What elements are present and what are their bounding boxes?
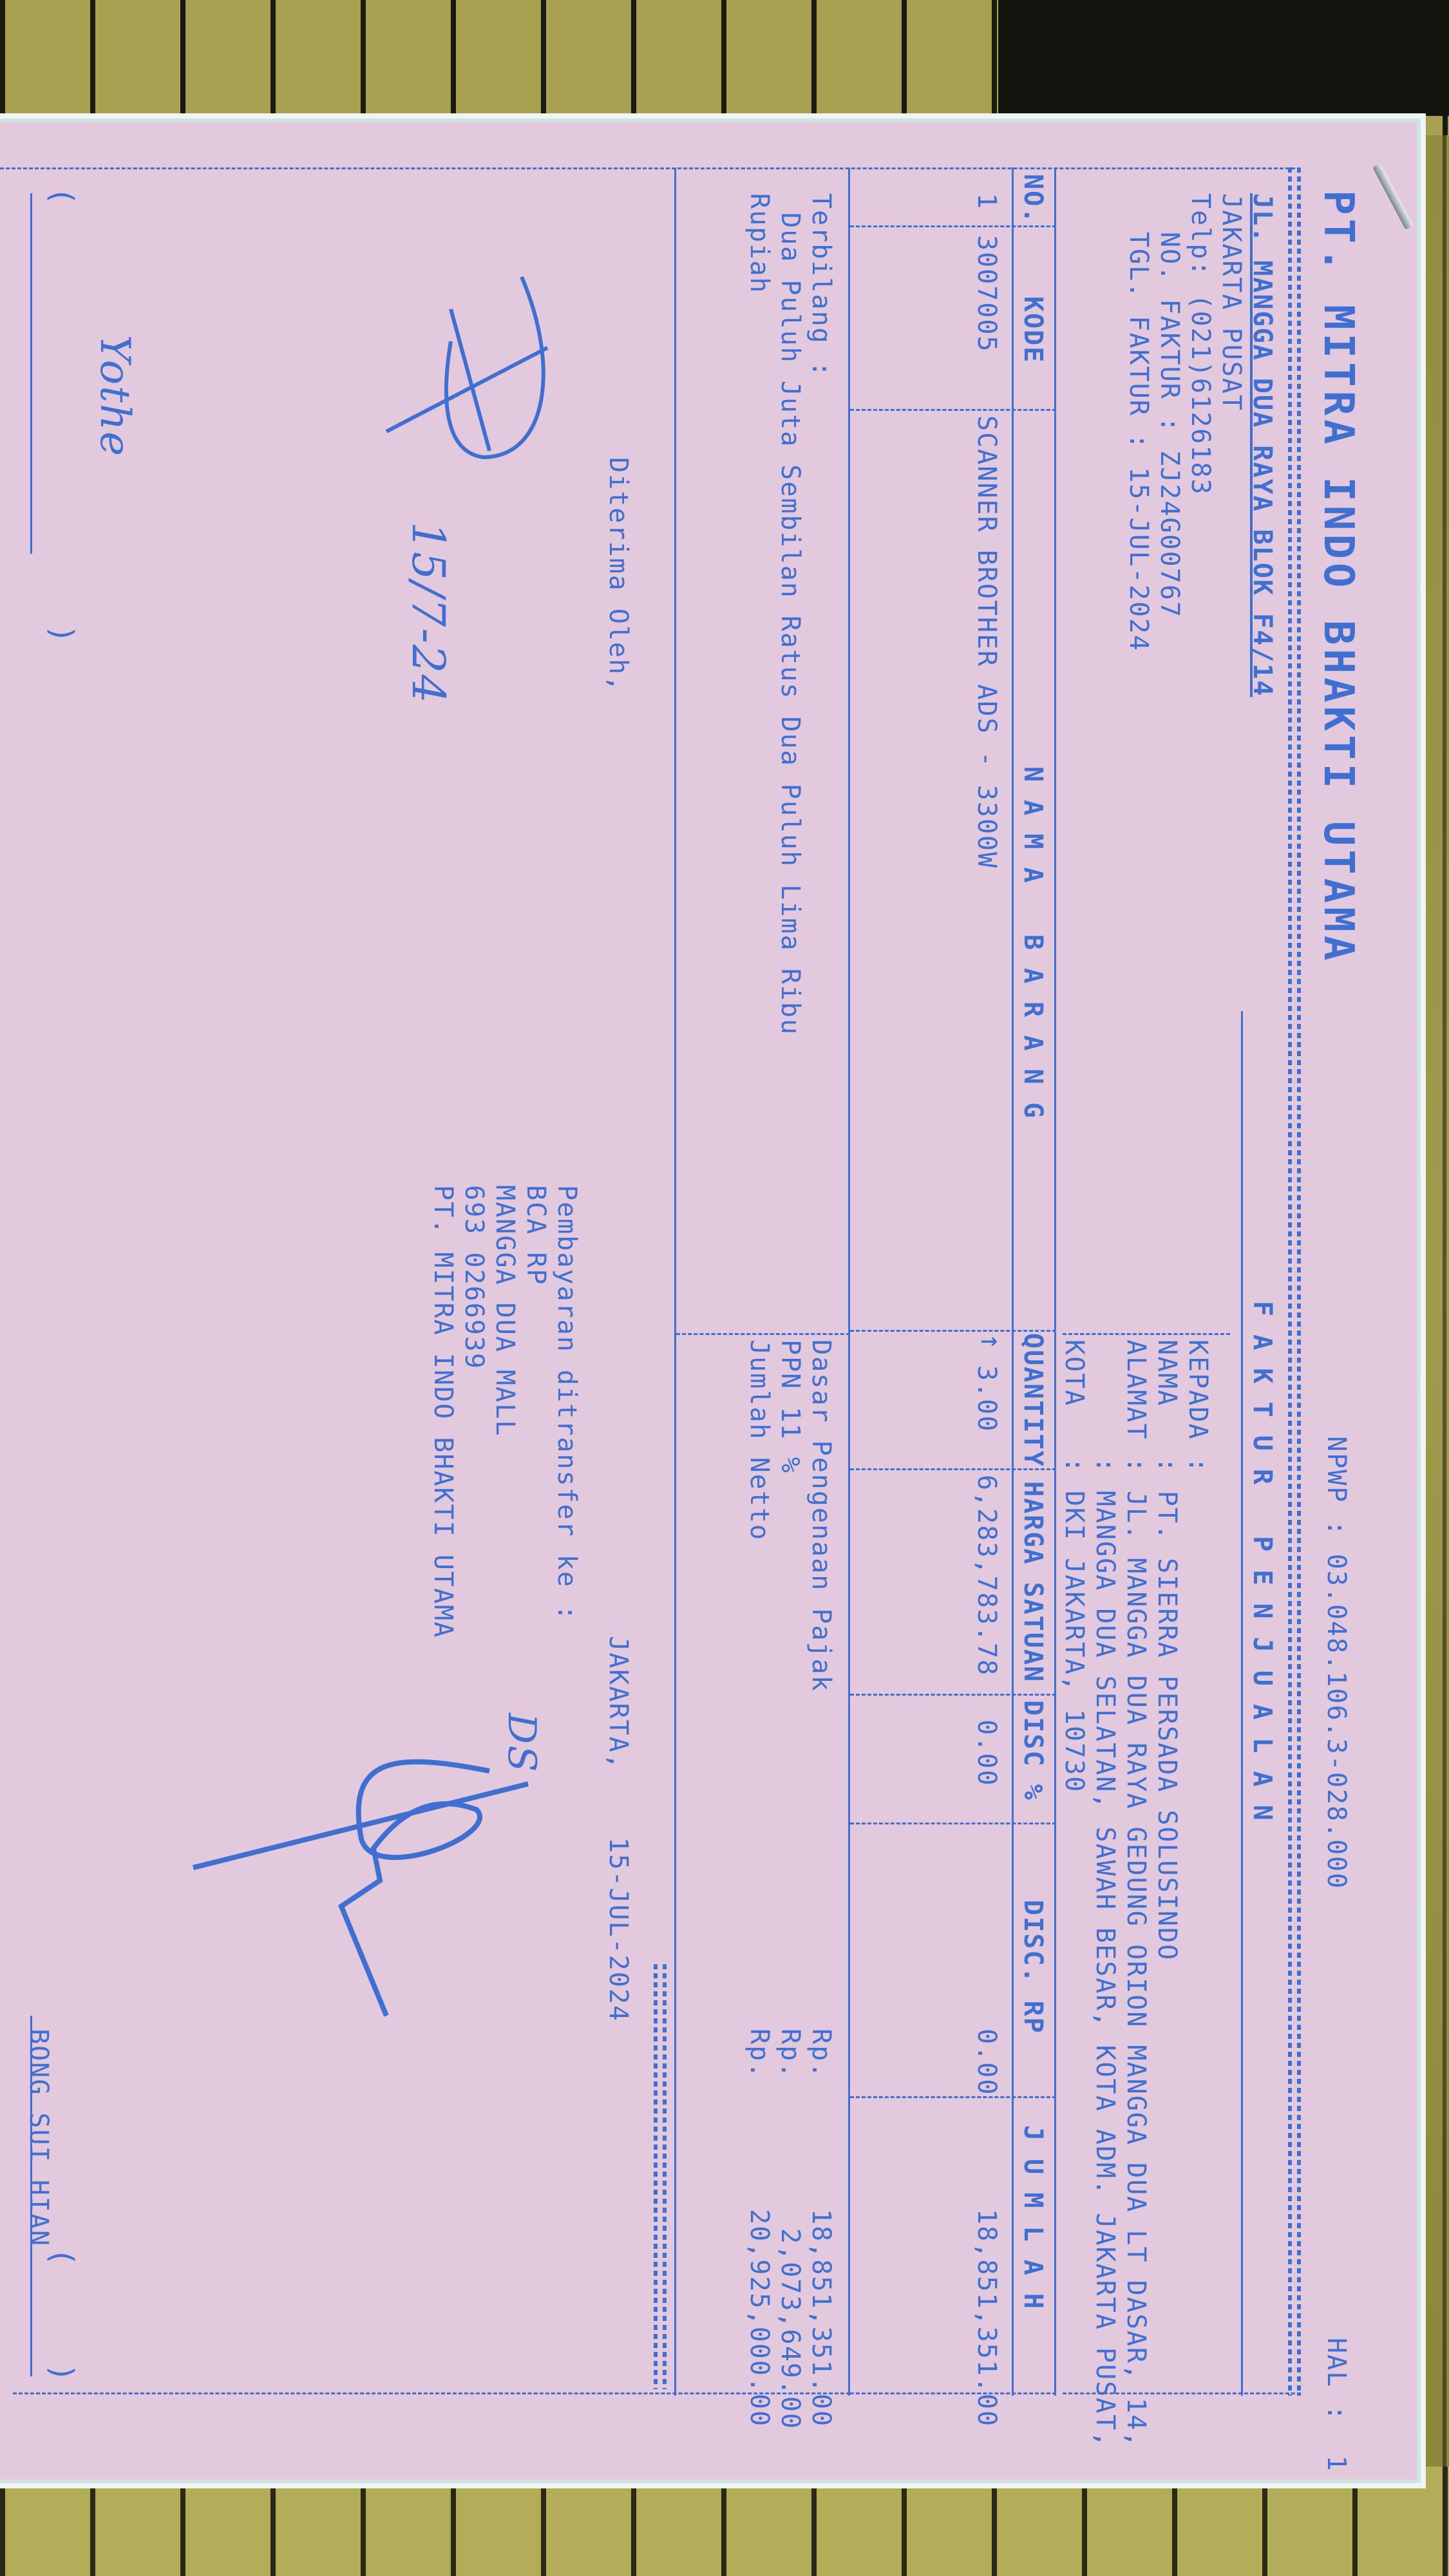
- title-underline: [1241, 1011, 1243, 2396]
- nama-value: PT. SIERRA PERSADA SOLUSINDO: [1152, 1491, 1182, 1961]
- kepada-label: KEPADA :: [1185, 1340, 1211, 1474]
- ppn-currency: Rp.: [777, 2029, 803, 2079]
- alamat-label: ALAMAT: [1121, 1340, 1151, 1441]
- col-divider: [850, 1823, 1056, 1824]
- alamat-line2: MANGGA DUA SELATAN, SAWAH BESAR, KOTA AD…: [1090, 1491, 1120, 2448]
- issuer-paren-open: (: [46, 2248, 77, 2268]
- tgl-faktur-value: 15-JUL-2024: [1124, 467, 1153, 652]
- receiver-sign-line: [30, 193, 32, 554]
- recipient-alamat: ALAMAT : JL. MANGGA DUA RAYA GEDUNG ORIO…: [1123, 1340, 1149, 2448]
- row-harga-satuan: 6,283,783.78: [974, 1475, 999, 1676]
- alamat-line1: JL. MANGGA DUA RAYA GEDUNG ORION MANGGA …: [1121, 1491, 1151, 2448]
- row-nama-barang: SCANNER BROTHER ADS - 3300W: [974, 415, 999, 869]
- netto-currency: Rp.: [746, 2029, 772, 2079]
- page-number: HAL : 1: [1323, 2338, 1349, 2472]
- row-kode: 3007005: [974, 235, 999, 353]
- page-value: 1: [1321, 2456, 1351, 2472]
- row-disc-pct: 0.00: [974, 1719, 999, 1786]
- header-double-rule: [1288, 167, 1301, 2396]
- place-date: JAKARTA, 15-JUL-2024: [605, 1636, 631, 2022]
- row-disc-rp: 0.00: [974, 2029, 999, 2096]
- document-title: F A K T U R P E N J U A L A N: [1249, 1301, 1275, 1822]
- table-top-rule: [1054, 167, 1056, 2396]
- left-border: [0, 167, 1301, 169]
- col-divider: [850, 2096, 1056, 2098]
- payment-line2: BCA RP: [523, 1185, 549, 1286]
- no-faktur: NO. FAKTUR : ZJ24G00767: [1157, 232, 1182, 618]
- col-no: NO.: [1020, 174, 1046, 224]
- right-border-lower: [13, 2392, 850, 2394]
- col-jumlah: J U M L A H: [1020, 2125, 1046, 2310]
- col-harga-satuan: HARGA SATUAN: [1020, 1481, 1046, 1683]
- col-divider: [850, 1694, 1056, 1696]
- payment-line1: Pembayaran ditransfer ke :: [554, 1185, 580, 1622]
- tgl-faktur-label: TGL. FAKTUR: [1124, 232, 1153, 417]
- handwritten-name: Yothe: [94, 335, 135, 457]
- company-name: PT. MITRA INDO BHAKTI UTAMA: [1318, 190, 1359, 964]
- no-faktur-label: NO. FAKTUR: [1155, 232, 1184, 400]
- summary-bottom-rule: [674, 167, 676, 2396]
- dpp-label: Dasar Pengenaan Pajak: [808, 1340, 834, 1692]
- receiver-paren-open: (: [46, 187, 77, 207]
- invoice-document: PT. MITRA INDO BHAKTI UTAMA NPWP : 03.04…: [0, 122, 1417, 2479]
- summary-divider: [676, 1333, 850, 1335]
- company-city: JAKARTA PUSAT: [1218, 193, 1244, 412]
- npwp-label: NPWP: [1321, 1436, 1351, 1503]
- row-no: 1: [974, 193, 999, 210]
- recipient-divider: [1063, 1333, 1230, 1335]
- payment-line4: 693 0266939: [461, 1185, 487, 1370]
- right-border: [1063, 2392, 1301, 2394]
- total-double-rule: [654, 1964, 667, 2389]
- ppn-label: PPN 11 %: [777, 1340, 803, 1474]
- nama-label: NAMA: [1152, 1340, 1182, 1406]
- background-mat-bottom: [0, 2467, 1449, 2576]
- handwritten-arrow-icon: ↑: [976, 1333, 1005, 1352]
- table-bottom-rule: [848, 167, 850, 2396]
- issuer-paren-close: ): [46, 2363, 77, 2383]
- terbilang-label: Terbilang :: [808, 193, 834, 378]
- recipient-kota: KOTA : DKI JAKARTA, 10730: [1061, 1340, 1087, 1793]
- terbilang-line2: Rupiah: [746, 193, 772, 294]
- dpp-currency: Rp.: [808, 2029, 834, 2079]
- no-faktur-value: ZJ24G00767: [1155, 450, 1184, 618]
- row-quantity: 3.00: [974, 1365, 999, 1432]
- payment-line3: MANGGA DUA MALL: [492, 1185, 518, 1437]
- page-label: HAL: [1321, 2338, 1351, 2388]
- col-divider: [850, 409, 1056, 411]
- dpp-value: 18,851,351.00: [808, 2209, 834, 2427]
- company-telp: Telp: (021)6126183: [1188, 193, 1213, 495]
- npwp: NPWP : 03.048.106.3-028.000: [1323, 1436, 1349, 1889]
- terbilang-line1: Dua Puluh Juta Sembilan Ratus Dua Puluh …: [777, 213, 803, 1036]
- col-nama-barang: N A M A B A R A N G: [1020, 766, 1046, 1119]
- recipient-nama: NAMA : PT. SIERRA PERSADA SOLUSINDO: [1154, 1340, 1180, 1961]
- col-divider: [850, 2392, 1056, 2394]
- row-jumlah: 18,851,351.00: [974, 2209, 999, 2427]
- payment-line5: PT. MITRA INDO BHAKTI UTAMA: [430, 1185, 456, 1638]
- col-disc-rp: DISC. RP: [1020, 1900, 1046, 2034]
- ppn-value: 2,073,649.00: [777, 2228, 803, 2430]
- netto-value: 20,925,000.00: [746, 2209, 772, 2427]
- kota-value: DKI JAKARTA, 10730: [1059, 1491, 1089, 1793]
- netto-label: Jumlah Netto: [746, 1340, 772, 1541]
- kota-label: KOTA: [1059, 1340, 1089, 1406]
- background-shadow: [998, 0, 1449, 116]
- handwritten-date: 15/7-24: [406, 522, 451, 705]
- company-address: JL. MANGGA DUA RAYA BLOK F4/14: [1249, 193, 1275, 697]
- recipient-alamat-2: : MANGGA DUA SELATAN, SAWAH BESAR, KOTA …: [1092, 1340, 1118, 2448]
- npwp-value: 03.048.106.3-028.000: [1321, 1554, 1351, 1890]
- diterima-oleh: Diterima Oleh,: [605, 457, 631, 692]
- tgl-faktur: TGL. FAKTUR : 15-JUL-2024: [1126, 232, 1151, 652]
- signatory-name: BONG SUI HIAN: [26, 2029, 52, 2247]
- col-disc-pct: DISC %: [1020, 1700, 1046, 1801]
- col-quantity: QUANTITY: [1020, 1333, 1046, 1468]
- col-divider: [850, 225, 1056, 227]
- col-divider: [850, 1468, 1056, 1470]
- col-divider: [850, 1330, 1056, 1332]
- col-kode: KODE: [1020, 296, 1046, 363]
- receiver-paren-close: ): [46, 625, 77, 645]
- table-header-rule: [1012, 167, 1014, 2396]
- issuer-signature-icon: [167, 1655, 554, 2041]
